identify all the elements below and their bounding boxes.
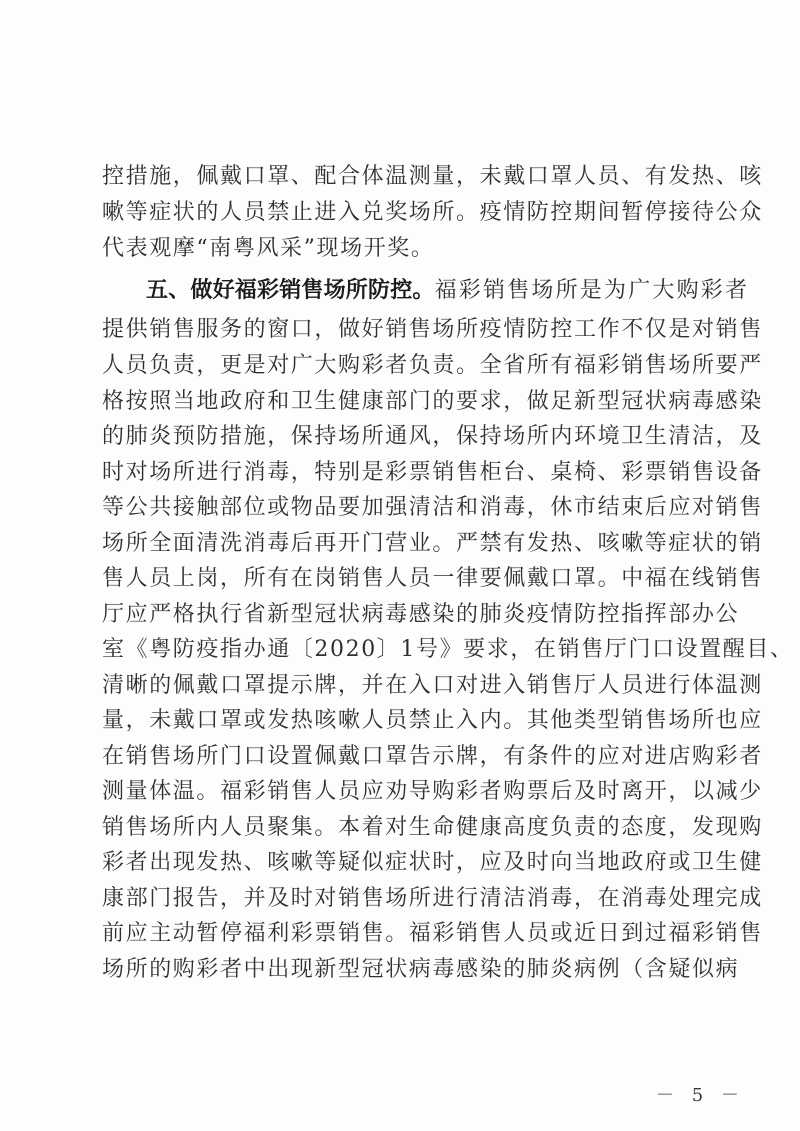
paragraph-line: 的肺炎预防措施，保持场所通风，保持场所内环境卫生清洁，及 [102,425,708,449]
paragraph-line: 场所的购彩者中出现新型冠状病毒感染的肺炎病例（含疑似病 [102,958,708,982]
paragraph-line: 场所全面清洗消毒后再开门营业。严禁有发热、咳嗽等症状的销 [102,532,708,556]
paragraph-line: 康部门报告，并及时对销售场所进行清洁消毒，在消毒处理完成 [102,887,708,911]
section-five-first-line: 五、做好福彩销售场所防控。福彩销售场所是为广大购彩者 [146,279,708,303]
paragraph-line: 代表观摩“南粤风采”现场开奖。 [102,237,708,261]
document-page: 控措施，佩戴口罩、配合体温测量，未戴口罩人员、有发热、咳 嗽等症状的人员禁止进入… [0,0,800,1131]
paragraph-line: 销售场所内人员聚集。本着对生命健康高度负责的态度，发现购 [102,816,708,840]
paragraph-line: 等公共接触部位或物品要加强清洁和消毒，休市结束后应对销售 [102,496,708,520]
paragraph-line: 嗽等症状的人员禁止进入兑奖场所。疫情防控期间暂停接待公众 [102,201,708,225]
paragraph-line: 前应主动暂停福利彩票销售。福彩销售人员或近日到过福彩销售 [102,922,708,946]
paragraph-line: 时对场所进行消毒，特别是彩票销售柜台、桌椅、彩票销售设备 [102,461,708,485]
paragraph-line: 测量体温。福彩销售人员应劝导购彩者购票后及时离开，以减少 [102,780,708,804]
paragraph-line: 清晰的佩戴口罩提示牌，并在入口对进入销售厅人员进行体温测 [102,674,708,698]
paragraph-text: 福彩销售场所是为广大购彩者 [435,278,750,303]
page-number: － 5 － [656,1086,745,1106]
section-heading: 五、做好福彩销售场所防控。 [146,278,435,303]
paragraph-line: 控措施，佩戴口罩、配合体温测量，未戴口罩人员、有发热、咳 [102,165,708,189]
paragraph-line: 售人员上岗，所有在岗销售人员一律要佩戴口罩。中福在线销售 [102,567,708,591]
paragraph-line: 格按照当地政府和卫生健康部门的要求，做足新型冠状病毒感染 [102,390,708,414]
paragraph-line: 量，未戴口罩或发热咳嗽人员禁止入内。其他类型销售场所也应 [102,709,708,733]
paragraph-line: 提供销售服务的窗口，做好销售场所疫情防控工作不仅是对销售 [102,318,708,342]
paragraph-line: 人员负责，更是对广大购彩者负责。全省所有福彩销售场所要严 [102,354,708,378]
paragraph-line: 厅应严格执行省新型冠状病毒感染的肺炎疫情防控指挥部办公 [102,603,708,627]
paragraph-line: 室《粤防疫指办通〔2020〕1号》要求，在销售厅门口设置醒目、 [102,638,708,662]
paragraph-line: 彩者出现发热、咳嗽等疑似症状时，应及时向当地政府或卫生健 [102,851,708,875]
paragraph-line: 在销售场所门口设置佩戴口罩告示牌，有条件的应对进店购彩者 [102,745,708,769]
